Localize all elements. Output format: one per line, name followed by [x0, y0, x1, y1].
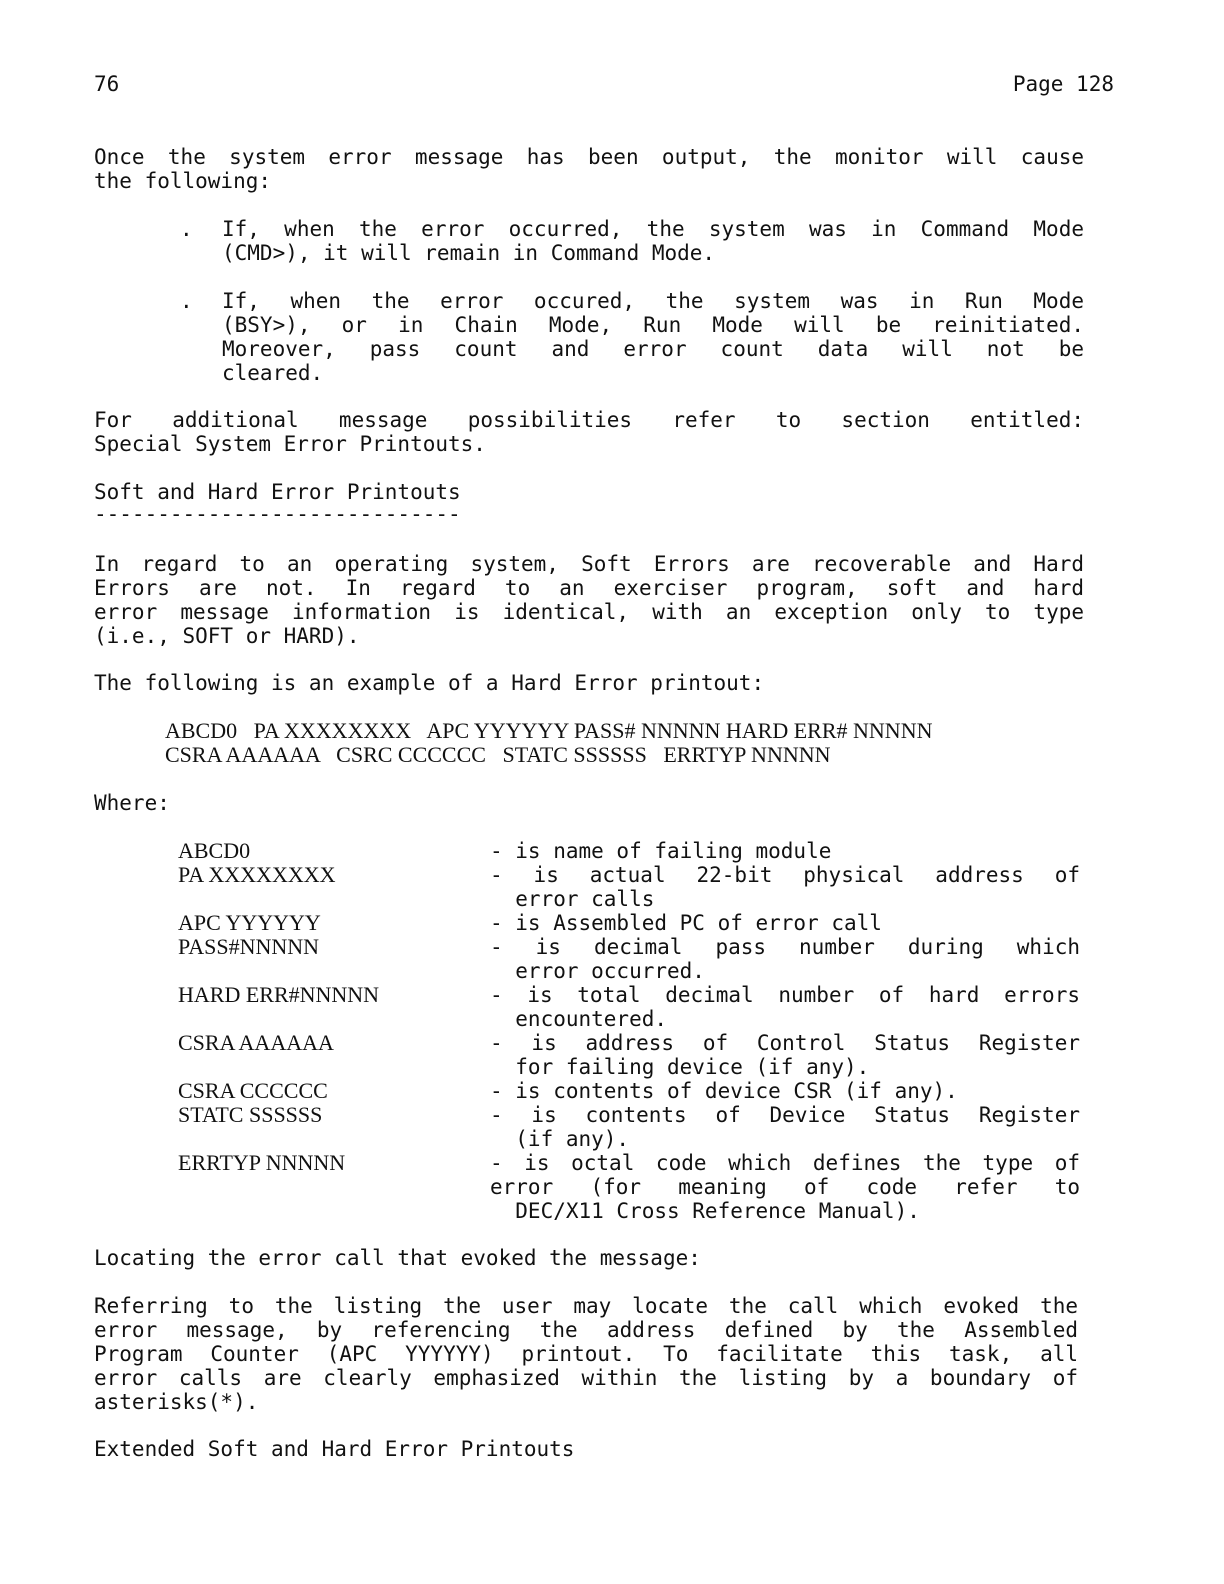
- definition-desc: (if any).: [490, 1127, 629, 1151]
- printout-line: ABCD0 PA XXXXXXXX APC YYYYYY PASS# NNNNN…: [165, 719, 932, 743]
- intro-line: the following:: [94, 169, 271, 193]
- definition-desc: - is actual 22-bit physical address of: [490, 863, 1080, 887]
- definition-desc: encountered.: [490, 1007, 667, 1031]
- definition-desc: - is Assembled PC of error call: [490, 911, 882, 935]
- definition-desc: - is total decimal number of hard errors: [490, 983, 1080, 1007]
- definition-desc: - is contents of Device Status Register: [490, 1103, 1080, 1127]
- paragraph-line: (i.e., SOFT or HARD).: [94, 624, 360, 648]
- bullet-line: If, when the error occured, the system w…: [222, 289, 1084, 313]
- section-title: Extended Soft and Hard Error Printouts: [94, 1437, 574, 1461]
- definition-desc: error (for meaning of code refer to: [490, 1175, 1080, 1199]
- additional-line: Special System Error Printouts.: [94, 432, 486, 456]
- bullet-line: (BSY>), or in Chain Mode, Run Mode will …: [222, 313, 1084, 337]
- section-title: Soft and Hard Error Printouts: [94, 480, 461, 504]
- paragraph-line: error message information is identical, …: [94, 600, 1084, 624]
- definition-term: CSRA AAAAAA: [178, 1031, 334, 1055]
- definition-term: APC YYYYYY: [178, 911, 321, 935]
- printout-line: CSRA AAAAAA CSRC CCCCCC STATC SSSSSS ERR…: [165, 743, 831, 767]
- locating-line: asterisks(*).: [94, 1390, 258, 1414]
- locating-line: error calls are clearly emphasized withi…: [94, 1366, 1078, 1390]
- page-number-right: Page 128: [1013, 72, 1114, 96]
- where-label: Where:: [94, 791, 170, 815]
- bullet-line: If, when the error occurred, the system …: [222, 217, 1084, 241]
- definition-term: CSRA CCCCCC: [178, 1079, 328, 1103]
- bullet-line: cleared.: [222, 361, 323, 385]
- definition-desc: - is contents of device CSR (if any).: [490, 1079, 958, 1103]
- definition-term: HARD ERR#NNNNN: [178, 983, 379, 1007]
- example-intro: The following is an example of a Hard Er…: [94, 671, 764, 695]
- definition-desc: - is name of failing module: [490, 839, 831, 863]
- bullet-marker: .: [180, 217, 193, 241]
- definition-desc: DEC/X11 Cross Reference Manual).: [490, 1199, 920, 1223]
- intro-line: Once the system error message has been o…: [94, 145, 1084, 169]
- bullet-line: (CMD>), it will remain in Command Mode.: [222, 241, 715, 265]
- definition-term: ABCD0: [178, 839, 250, 863]
- definition-desc: - is address of Control Status Register: [490, 1031, 1080, 1055]
- definition-desc: - is octal code which defines the type o…: [490, 1151, 1080, 1175]
- bullet-line: Moreover, pass count and error count dat…: [222, 337, 1084, 361]
- definition-term: STATC SSSSSS: [178, 1103, 322, 1127]
- additional-line: For additional message possibilities ref…: [94, 408, 1084, 432]
- definition-desc: for failing device (if any).: [490, 1055, 869, 1079]
- definition-term: PA XXXXXXXX: [178, 863, 336, 887]
- locating-line: error message, by referencing the addres…: [94, 1318, 1078, 1342]
- paragraph-line: Errors are not. In regard to an exercise…: [94, 576, 1084, 600]
- definition-term: PASS#NNNNN: [178, 935, 319, 959]
- locating-line: Referring to the listing the user may lo…: [94, 1294, 1078, 1318]
- definition-desc: error calls: [490, 887, 654, 911]
- definition-term: ERRTYP NNNNN: [178, 1151, 345, 1175]
- locating-heading: Locating the error call that evoked the …: [94, 1246, 701, 1270]
- definition-desc: - is decimal pass number during which: [490, 935, 1080, 959]
- document-page: 76 Page 128 Once the system error messag…: [0, 0, 1224, 1584]
- bullet-marker: .: [180, 289, 193, 313]
- locating-line: Program Counter (APC YYYYYY) printout. T…: [94, 1342, 1078, 1366]
- definition-desc: error occurred.: [490, 959, 705, 983]
- section-underline: -----------------------------: [94, 502, 461, 526]
- paragraph-line: In regard to an operating system, Soft E…: [94, 552, 1084, 576]
- page-number-left: 76: [94, 72, 119, 96]
